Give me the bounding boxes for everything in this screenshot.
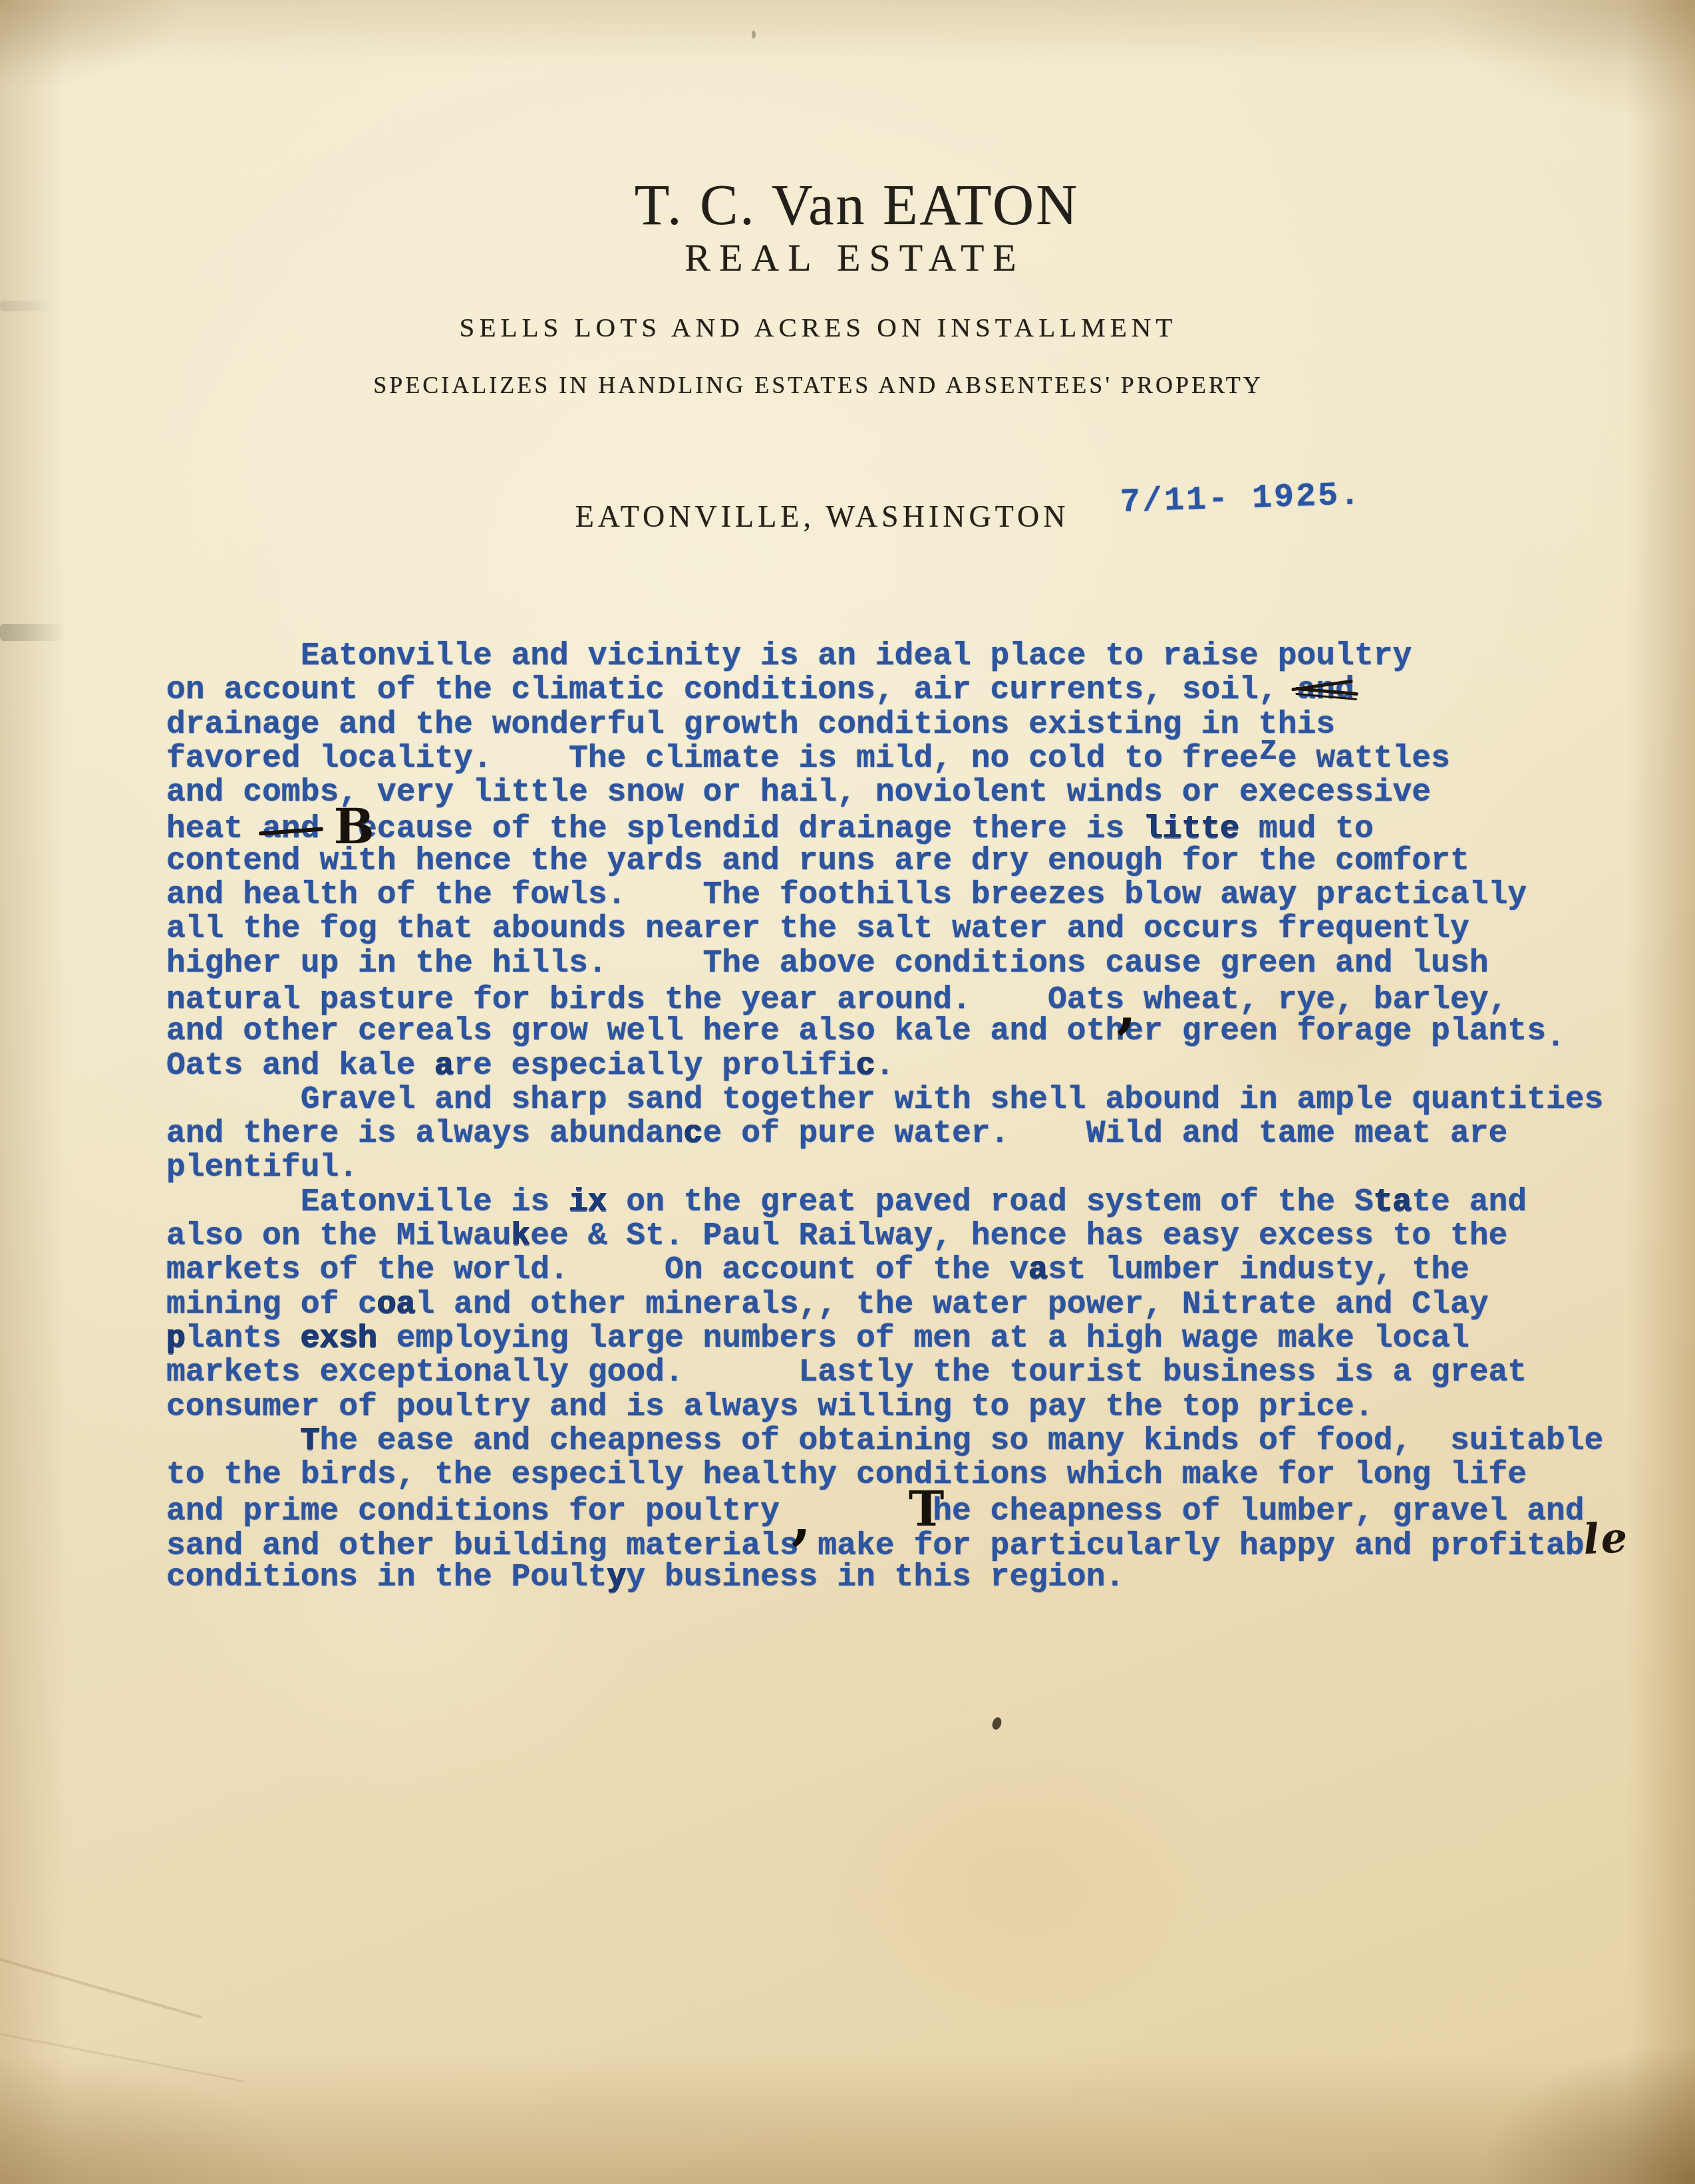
handwritten-mark: , (791, 1488, 826, 1550)
body-text: Eatonville and vicinity is an ideal plac… (166, 640, 1619, 1595)
typed-line: and there is always abundance of pure wa… (166, 1117, 1619, 1151)
overstruck-letter: y (607, 1560, 627, 1595)
typed-line: The ease and cheapness of obtaining so m… (166, 1425, 1619, 1458)
overstruck-word: litte (1144, 811, 1239, 847)
letterhead-tagline-2: SPECIALIZES IN HANDLING ESTATES AND ABSE… (373, 371, 1263, 399)
typed-line: higher up in the hills. The above condit… (166, 947, 1619, 981)
handwritten-letter-B: B (334, 803, 363, 854)
typed-line: drainage and the wonderful growth condit… (166, 708, 1619, 742)
pen-scribbled-word: and (1297, 674, 1354, 708)
typed-line: plentiful. (166, 1151, 1619, 1185)
typed-line: contend with hence the yards and runs ar… (166, 845, 1619, 879)
letterhead-name: T. C. Van EATON (635, 172, 1080, 238)
overstruck-word: ix (569, 1184, 607, 1220)
ink-speck (991, 1716, 1003, 1730)
overstruck-letters: oa (377, 1287, 416, 1323)
typed-line: markets of the world. On account of the … (166, 1254, 1619, 1288)
handwritten-comma: , (1117, 977, 1152, 1038)
typed-line: plants exsh employing large numbers of m… (166, 1322, 1619, 1356)
scanned-letter-page: T. C. Van EATON REAL ESTATE SELLS LOTS A… (0, 0, 1695, 2184)
typed-line: all the fog that abounds nearer the salt… (166, 912, 1619, 946)
overstruck-letter: c (684, 1116, 703, 1152)
typed-line: natural pasture for birds the year aroun… (166, 981, 1619, 1015)
overstruck-letter: a (1028, 1252, 1048, 1288)
paper-crease (0, 1956, 202, 2019)
overstruck-letter: T (301, 1423, 320, 1459)
typed-line: Eatonville is ix on the great paved road… (166, 1186, 1619, 1220)
typed-line: favored locality. The climate is mild, n… (166, 742, 1619, 776)
overstruck-letter: a (434, 1048, 454, 1084)
overstruck-letter: k (511, 1218, 530, 1254)
handwritten-le: le (1582, 1516, 1630, 1562)
paper-edge-streak (0, 624, 65, 641)
overstruck-letter: p (166, 1321, 186, 1357)
typed-line: heat and Because of the splendid drainag… (166, 810, 1619, 844)
typed-line: to the birds, the especilly healthy cond… (166, 1458, 1619, 1492)
dateline-place: EATONVILLE, WASHINGTON (575, 499, 1070, 534)
typed-line: also on the Milwaukee & St. Paul Railway… (166, 1220, 1619, 1254)
paper-crease (0, 2030, 244, 2082)
paper-edge-streak (0, 301, 53, 311)
typed-line: conditions in the Poultyy business in th… (166, 1561, 1619, 1595)
typed-line: Gravel and sharp sand together with shel… (166, 1083, 1619, 1117)
dateline-date: 7/11- 1925. (1120, 476, 1362, 521)
typed-line: Eatonville and vicinity is an ideal plac… (166, 640, 1619, 674)
typed-line: and other cereals grow well here also ka… (166, 1015, 1619, 1049)
typed-line: and health of the fowls. The foothills b… (166, 879, 1619, 912)
typed-line: Oats and kale are especially prolific. (166, 1049, 1619, 1083)
typed-line: on account of the climatic conditions, a… (166, 674, 1619, 708)
letterhead-business: REAL ESTATE (685, 235, 1025, 280)
typed-line: and combs, very little snow or hail, nov… (166, 776, 1619, 810)
dropped-period: . (1546, 1021, 1565, 1055)
overstruck-letter: c (856, 1048, 875, 1084)
handwritten-letter-T: T (909, 1485, 937, 1536)
letterhead-tagline-1: SELLS LOTS AND ACRES ON INSTALLMENT (460, 311, 1177, 343)
raised-typed-letter: Z (1259, 736, 1277, 767)
overstruck-letters: ta (1374, 1184, 1412, 1220)
paper-speck (752, 31, 756, 39)
typed-line: mining of coal and other minerals,, the … (166, 1288, 1619, 1322)
overstruck-word: exsh (301, 1321, 377, 1357)
pen-struck-word: and (262, 813, 319, 847)
typed-line: consumer of poultry and is always willin… (166, 1391, 1619, 1425)
typed-line: sand and other building materials make f… (166, 1527, 1619, 1561)
typed-line: markets exceptionally good. Lastly the t… (166, 1356, 1619, 1390)
typed-line: and prime conditions for poultry , The c… (166, 1492, 1619, 1526)
